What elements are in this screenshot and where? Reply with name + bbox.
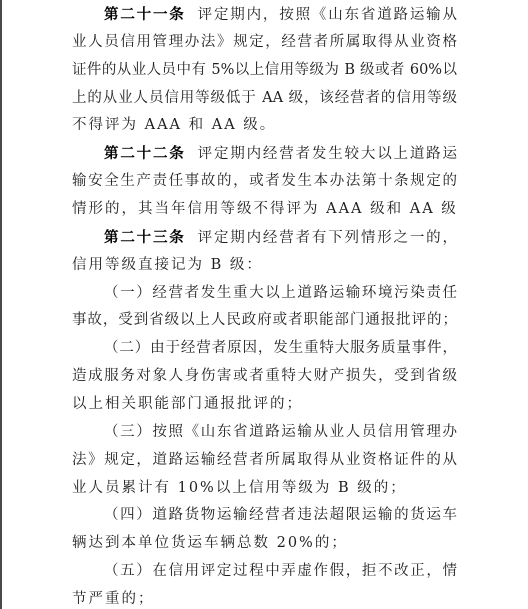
item-2-line-2: 造成服务对象人身伤害或者重特大财产损失，受到省级 [72, 363, 457, 391]
item-2-line-3: 以上相关职能部门通报批评的； [72, 391, 457, 419]
article-22-text: 评定期内经营者发生较大以上道路运 [198, 146, 457, 162]
article-21-text: 评定期内，按照《山东省道路运输从 [198, 7, 457, 23]
article-23-line-2: 信用等级直接记为 B 级： [72, 252, 457, 280]
article-21-line-2: 业人员信用管理办法》规定，经营者所属取得从业资格 [72, 29, 457, 57]
item-3-line-2: 法》规定，道路运输经营者所属取得从业资格证件的从 [72, 447, 457, 475]
article-22-line-3: 情形的，其当年信用等级不得评为 AAA 级和 AA 级。 [72, 196, 457, 224]
item-5-line-1: （五）在信用评定过程中弄虚作假，拒不改正，情 [72, 558, 457, 586]
page-edge-border [0, 0, 2, 609]
article-21-line-1: 第二十一条评定期内，按照《山东省道路运输从 [72, 1, 457, 29]
item-3-line-3: 业人员累计有 10%以上信用等级为 B 级的； [72, 475, 457, 503]
article-23-label: 第二十三条 [104, 229, 186, 246]
item-5-line-2: 节严重的； [72, 586, 457, 609]
article-22-line-1: 第二十二条评定期内经营者发生较大以上道路运 [72, 140, 457, 168]
article-21-line-3: 证件的从业人员中有 5%以上信用等级为 B 级或者 60%以 [72, 57, 457, 85]
article-21-label: 第二十一条 [104, 6, 186, 23]
item-1-line-2: 事故，受到省级以上人民政府或者职能部门通报批评的； [72, 307, 457, 335]
document-page: 第二十一条评定期内，按照《山东省道路运输从 业人员信用管理办法》规定，经营者所属… [72, 1, 457, 609]
item-4-line-1: （四）道路货物运输经营者违法超限运输的货运车 [72, 502, 457, 530]
article-21-line-4: 上的从业人员信用等级低于 AA 级，该经营者的信用等级 [72, 85, 457, 113]
item-3-line-1: （三）按照《山东省道路运输从业人员信用管理办 [72, 419, 457, 447]
article-21-line-5: 不得评为 AAA 和 AA 级。 [72, 112, 457, 140]
article-23-line-1: 第二十三条评定期内经营者有下列情形之一的， [72, 224, 457, 252]
article-22-line-2: 输安全生产责任事故的，或者发生本办法第十条规定的 [72, 168, 457, 196]
item-1-line-1: （一）经营者发生重大以上道路运输环境污染责任 [72, 280, 457, 308]
item-4-line-2: 辆达到本单位货运车辆总数 20%的； [72, 530, 457, 558]
article-23-text: 评定期内经营者有下列情形之一的， [198, 230, 457, 246]
item-2-line-1: （二）由于经营者原因，发生重特大服务质量事件， [72, 335, 457, 363]
article-22-label: 第二十二条 [104, 145, 186, 162]
